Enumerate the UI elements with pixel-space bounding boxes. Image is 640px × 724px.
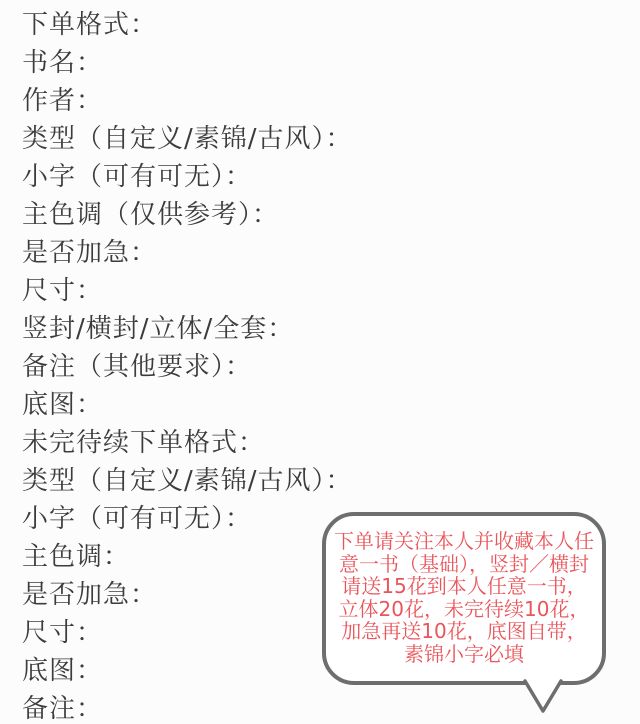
bubble-text-line: 意一书（基础），竖封／横封: [326, 553, 602, 576]
field-main-color: 主色调（仅供参考）：: [22, 193, 640, 231]
bubble-text-line: 立体20花，未完待续10花，: [326, 598, 602, 621]
field-small-text: 小字（可有可无）：: [22, 155, 640, 193]
bubble-text-line: 素锦小字必填: [326, 643, 602, 666]
field-base-image: 底图：: [22, 383, 640, 421]
continued-format-title: 未完待续下单格式：: [22, 421, 640, 459]
field-cover-style: 竖封/横封/立体/全套：: [22, 307, 640, 345]
field-type-2: 类型（自定义/素锦/古风）：: [22, 459, 640, 497]
field-type: 类型（自定义/素锦/古风）：: [22, 117, 640, 155]
order-format-title: 下单格式：: [22, 3, 640, 41]
field-size: 尺寸：: [22, 269, 640, 307]
order-note-page: 下单格式： 书名： 作者： 类型（自定义/素锦/古风）： 小字（可有可无）： 主…: [0, 0, 640, 724]
field-urgent: 是否加急：: [22, 231, 640, 269]
speech-bubble-tail-icon: [514, 680, 574, 714]
field-book-name: 书名：: [22, 41, 640, 79]
field-author: 作者：: [22, 79, 640, 117]
field-remarks: 备注（其他要求）：: [22, 345, 640, 383]
pricing-note-bubble: 下单请关注本人并收藏本人任 意一书（基础），竖封／横封 请送15花到本人任意一书…: [322, 512, 606, 685]
bubble-text-line: 加急再送10花，底图自带，: [326, 620, 602, 643]
bubble-text-line: 请送15花到本人任意一书，: [326, 575, 602, 598]
bubble-text-line: 下单请关注本人并收藏本人任: [326, 530, 602, 553]
pricing-note-text: 下单请关注本人并收藏本人任 意一书（基础），竖封／横封 请送15花到本人任意一书…: [326, 530, 602, 665]
